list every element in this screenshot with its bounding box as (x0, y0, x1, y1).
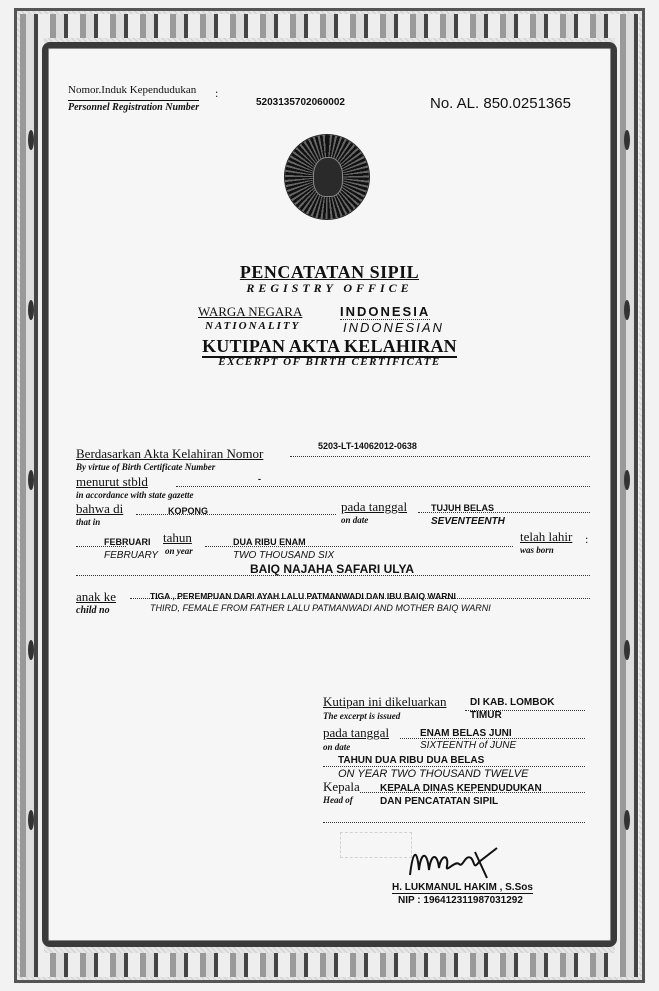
nik-label: Nomor.Induk Kependudukan (68, 84, 196, 96)
ornament-bead-icon (28, 470, 34, 490)
year-value-en: TWO THOUSAND SIX (233, 550, 334, 561)
place-value: KOPONG (168, 506, 208, 516)
certificate-number-label: Berdasarkan Akta Kelahiran Nomor (76, 446, 263, 462)
date-label: pada tanggal (341, 499, 407, 515)
year-label-en: on year (165, 546, 193, 556)
year-value: DUA RIBU ENAM (233, 537, 306, 547)
ornament-bead-icon (28, 640, 34, 660)
child-name: BAIQ NAJAHA SAFARI ULYA (250, 562, 414, 576)
nik-value: 5203135702060002 (256, 97, 345, 108)
dotted-line (290, 456, 590, 457)
ornament-bead-icon (28, 810, 34, 830)
nik-colon: : (215, 86, 218, 101)
year-label: tahun (163, 530, 192, 546)
stbld-label-en: in accordance with state gazette (76, 490, 194, 500)
garuda-emblem-icon (285, 135, 369, 219)
document-title-en: EXCERPT OF BIRTH CERTIFICATE (0, 356, 659, 368)
child-no-value-en: THIRD, FEMALE FROM FATHER LALU PATMANWAD… (150, 603, 491, 613)
head-label-en: Head of (323, 795, 353, 805)
nationality-label-en: NATIONALITY (205, 320, 300, 332)
issued-label: Kutipan ini dikeluarkan (323, 694, 446, 710)
issue-date-value: ENAM BELAS JUNI (420, 728, 512, 739)
stbld-value: - (258, 474, 261, 484)
document-number: No. AL. 850.0251365 (430, 95, 571, 112)
office-title-en: REGISTRY OFFICE (0, 281, 659, 296)
dotted-line (323, 822, 585, 823)
born-label-en: was born (520, 545, 554, 555)
month-value: FEBRUARI (104, 537, 151, 547)
dotted-line (323, 766, 585, 767)
issued-label-en: The excerpt is issued (323, 711, 400, 721)
office-title: PENCATATAN SIPIL (0, 262, 659, 283)
head-label: Kepala (323, 779, 360, 795)
faded-stamp (340, 832, 412, 858)
born-label: telah lahir (520, 529, 572, 545)
ornament-bead-icon (624, 130, 630, 150)
signature-icon (405, 840, 505, 880)
issue-date-value-en: SIXTEENTH of JUNE (420, 740, 516, 751)
head-value-2: DAN PENCATATAN SIPIL (380, 796, 498, 807)
date-label-en: on date (341, 515, 368, 525)
ornament-bead-icon (624, 810, 630, 830)
child-no-label: anak ke (76, 589, 116, 605)
issued-value-1: DI KAB. LOMBOK (470, 697, 554, 708)
child-no-value: TIGA , PEREMPUAN DARI AYAH LALU PATMANWA… (150, 591, 456, 601)
document-title: KUTIPAN AKTA KELAHIRAN (0, 336, 659, 357)
dotted-line (136, 514, 336, 515)
issue-year-value: TAHUN DUA RIBU DUA BELAS (338, 755, 484, 766)
born-colon: : (585, 532, 588, 547)
ornament-bead-icon (28, 130, 34, 150)
signatory-name: H. LUKMANUL HAKIM , S.Sos (392, 882, 533, 894)
child-no-label-en: child no (76, 605, 110, 616)
ornament-bead-icon (624, 300, 630, 320)
certificate-number-value: 5203-LT-14062012-0638 (318, 441, 417, 451)
issue-date-label: pada tanggal (323, 725, 389, 741)
issued-value-2: TIMUR (470, 710, 502, 721)
dotted-line (176, 486, 590, 487)
document-title-text: KUTIPAN AKTA KELAHIRAN (202, 336, 457, 358)
head-value-1: KEPALA DINAS KEPENDUDUKAN (380, 783, 542, 794)
month-value-en: FEBRUARY (104, 550, 158, 561)
ornament-bead-icon (28, 300, 34, 320)
date-value: TUJUH BELAS (431, 503, 494, 513)
signatory-nip: NIP : 196412311987031292 (398, 895, 523, 906)
nationality-value-en: INDONESIAN (343, 320, 444, 335)
office-title-text: PENCATATAN SIPIL (240, 262, 419, 282)
ornament-bead-icon (624, 640, 630, 660)
nik-label-en: Personnel Registration Number (68, 100, 199, 113)
ornament-bead-icon (624, 470, 630, 490)
nationality-value: INDONESIA (340, 304, 430, 320)
date-value-en: SEVENTEENTH (431, 516, 505, 527)
certificate-number-label-en: By virtue of Birth Certificate Number (76, 462, 215, 472)
issue-date-label-en: on date (323, 742, 350, 752)
nationality-label: WARGA NEGARA (198, 304, 302, 320)
place-label-en: that in (76, 517, 100, 527)
stbld-label: menurut stbld (76, 474, 148, 490)
place-label: bahwa di (76, 501, 123, 517)
issue-year-value-en: ON YEAR TWO THOUSAND TWELVE (338, 768, 529, 780)
